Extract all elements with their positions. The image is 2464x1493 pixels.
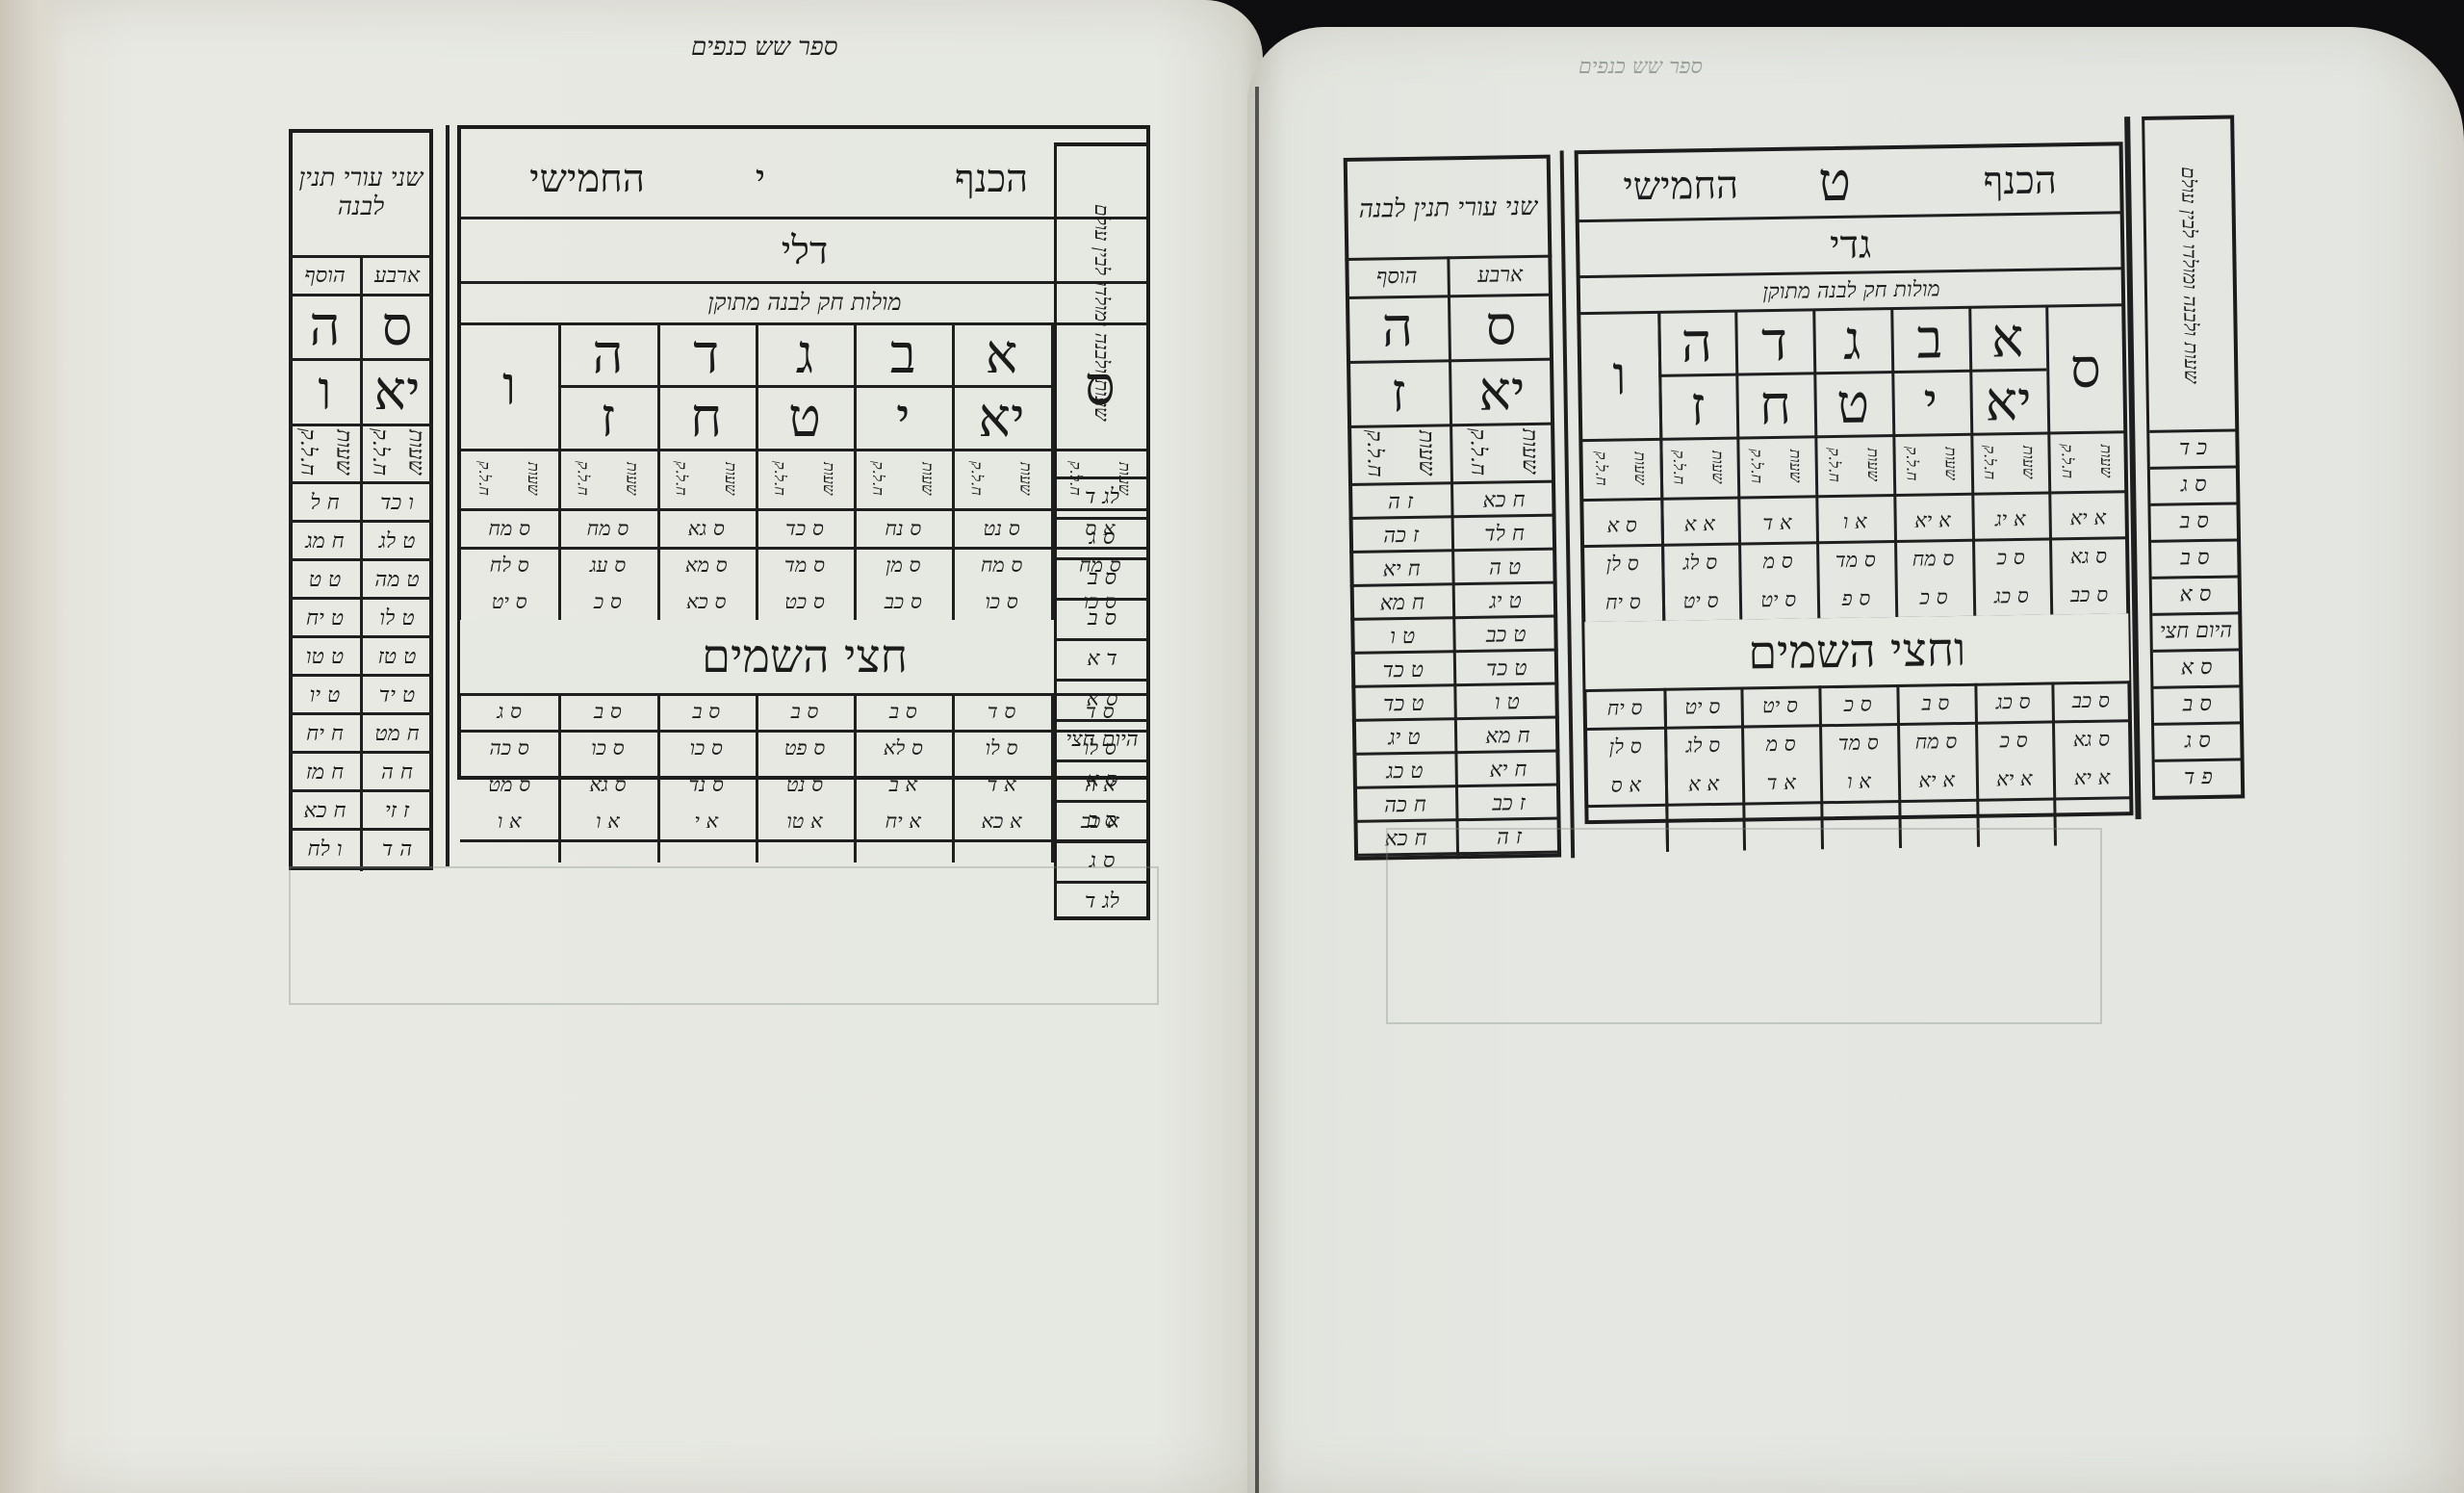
side-cell: ט טז	[361, 637, 433, 676]
table-cell: ס נח	[854, 510, 952, 547]
subtitle: מולות חק לבנה מתוקן	[460, 283, 1149, 322]
side-cell: ט לג	[361, 522, 433, 560]
weekday-letter: ט	[756, 387, 854, 449]
title-number: י	[693, 144, 828, 212]
side-cell: ח ה	[361, 753, 433, 791]
strip-cell: ס ב	[2151, 538, 2239, 576]
side-cell: ט יד	[361, 676, 433, 714]
table-cell: ס גא	[558, 766, 656, 803]
side-cell: ז זי	[361, 791, 433, 830]
weekday-letter: ג	[756, 323, 854, 385]
weekday-letter: ג	[1812, 309, 1891, 372]
table-cell: ס לג	[1661, 543, 1739, 582]
table-cell: ס לח	[460, 547, 558, 583]
table-cell: ס כד	[756, 510, 854, 547]
side-big-letter: ס	[361, 296, 433, 356]
table-cell: ס מ	[1738, 541, 1816, 580]
table-cell: ס ד	[952, 693, 1050, 730]
side-cell: ח יא	[1349, 551, 1453, 586]
table-cell: ס כט	[756, 583, 854, 620]
side-cell: ט מה	[361, 560, 433, 599]
table-cell: ס ב	[1896, 683, 1974, 723]
side-cell: ח יא	[1456, 752, 1560, 787]
table-cell: ס מח	[1897, 722, 1975, 761]
unit-header: שעותח.ל.ק	[657, 450, 756, 506]
side-cell: ח מג	[289, 522, 361, 560]
title-chamishi: החמישי	[481, 144, 693, 212]
side-cell: ח מא	[1455, 718, 1559, 754]
table-cell: א י	[657, 803, 756, 839]
strip-cell: ס ג	[2154, 721, 2242, 759]
side-big-letter: ה	[289, 296, 361, 356]
side-units: שעותח.ל.קשעותח.ל.ק	[289, 425, 433, 479]
table-cell: ס ג	[460, 693, 558, 730]
weekday-letter: י	[1891, 372, 1970, 434]
side-cell: ח כא	[1452, 482, 1556, 518]
strip-cell: לג ד	[1057, 476, 1147, 517]
strip-cell: ס ג	[1057, 517, 1147, 557]
unit-header: שעותח.ל.ק	[952, 450, 1050, 506]
section-title-chatzi-hashamayim: חצי השמים	[460, 620, 1149, 693]
weekday-letter: א	[1968, 307, 2047, 370]
side-cell: ה ד	[361, 830, 433, 868]
side-big-letter: ו	[289, 361, 361, 421]
side-cell: ו לח	[289, 830, 361, 868]
table-cell: ס נט	[756, 766, 854, 803]
show-through-left	[289, 866, 1159, 1005]
table-cell: א ד	[952, 766, 1050, 803]
table-cell: א א	[1660, 504, 1738, 544]
unit-header: שעותח.ל.ק	[1737, 437, 1816, 494]
strip-cell: ס ב	[1057, 598, 1147, 638]
unit-header: שעותח.ל.ק	[854, 450, 952, 506]
side-big-letter: ה	[1346, 296, 1450, 358]
table-cell: א ד	[1738, 502, 1816, 542]
table-cell: ס כו	[952, 583, 1050, 620]
table-cell: ס פט	[756, 730, 854, 766]
unit-header: שעותח.ל.ק	[460, 450, 558, 506]
weekday-letter: ו	[1579, 313, 1659, 439]
side-cell: ט יג	[1453, 583, 1557, 619]
side-cell: ח מט	[361, 714, 433, 753]
strip-cell: כ ד	[2149, 428, 2237, 466]
side-cell: ט ט	[289, 560, 361, 599]
strip-cell: ס ב	[1057, 557, 1147, 598]
unit-header: שעותח.ל.ק	[1970, 434, 2049, 491]
table-cell: א ו	[460, 803, 558, 839]
table-cell: א ו	[1820, 761, 1898, 801]
table-cell: ס לן	[1583, 544, 1661, 583]
strip-cell: ס א	[2152, 575, 2240, 612]
side-col-hosef: הוסף	[1345, 258, 1449, 295]
side-col-arba: ארבע	[1448, 257, 1553, 294]
side-cell: ט כד	[1351, 685, 1455, 721]
table-cell: ס ב	[854, 693, 952, 730]
side-col-hosef: הוסף	[289, 258, 361, 293]
side-cell: ט טו	[289, 637, 361, 676]
side-cell: ו כד	[361, 483, 433, 522]
table-cell: ס יט	[1661, 581, 1739, 621]
right-strip-head: שעות ולבנה ומולדו לבין עולם	[1059, 154, 1145, 472]
table-cell: ס מא	[657, 547, 756, 583]
table-cell: ס נט	[952, 510, 1050, 547]
book-gutter	[1255, 87, 1259, 1493]
side-cell: ט יח	[289, 599, 361, 637]
side-cell: ט ו	[1350, 618, 1454, 654]
section-title-chatzi-hashamayim: וחצי השמים	[1584, 613, 2129, 689]
side-cell: ז כב	[1456, 785, 1560, 821]
strip-cell: ד א	[1057, 638, 1147, 679]
title-kanaf: הכנף	[1921, 146, 2119, 213]
month-name: גדי	[1578, 213, 2123, 275]
weekday-letter: ה	[558, 323, 656, 385]
table-cell: ס מד	[1819, 723, 1897, 762]
table-cell: ס כ	[1894, 578, 1972, 617]
table-cell: א יא	[2049, 498, 2127, 537]
weekday-letter: ח	[1736, 373, 1815, 436]
side-cell: ט ו	[1455, 684, 1559, 720]
side-head: שני עורי תנין לבנה	[296, 135, 425, 250]
right-table: שני עורי תנין לבנה ארבע הוסף ס ה יא ז שע…	[1343, 101, 2249, 866]
unit-header: שעותח.ל.ק	[1659, 439, 1738, 496]
book-edge	[0, 0, 67, 1493]
side-cell: ח ל	[289, 483, 361, 522]
weekday-letter: ז	[1658, 375, 1737, 438]
strip-cell: ס א	[1057, 679, 1147, 719]
side-cell: ז ה	[1348, 483, 1452, 519]
table-cell: ס כב	[2052, 681, 2130, 720]
weekday-letter: יא	[952, 387, 1050, 449]
running-head-right: ספר שש כנפים	[1578, 54, 1703, 79]
side-cell: ט כב	[1454, 617, 1558, 653]
unit-header: שעותח.ל.ק	[756, 450, 854, 506]
side-units: שעותח.ל.קשעותח.ל.ק	[1347, 425, 1555, 481]
left-table: שני עורי תנין לבנה ארבע הוסף ס ה יא ו שע…	[289, 125, 1155, 905]
table-cell: ס ב	[558, 693, 656, 730]
side-cell: ט יו	[289, 676, 361, 714]
weekday-letter: י	[854, 387, 952, 449]
table-cell: ס לא	[854, 730, 952, 766]
table-cell: ס יח	[1584, 582, 1662, 622]
table-cell: א יא	[1893, 501, 1971, 540]
table-cell: ס כא	[657, 583, 756, 620]
title-chamishi: החמישי	[1584, 152, 1778, 219]
table-cell: ס מח	[460, 510, 558, 547]
table-cell: ס מט	[460, 766, 558, 803]
strip-cell: ס ב	[2153, 684, 2241, 722]
table-cell: ס יט	[1741, 685, 1819, 725]
table-cell: א ס	[1587, 765, 1665, 805]
table-cell: ס גא	[657, 510, 756, 547]
table-cell: ס גא	[2052, 719, 2130, 759]
show-through-right	[1386, 828, 2102, 1024]
month-name: דלי	[460, 219, 1149, 281]
table-cell: ס מן	[854, 547, 952, 583]
table-cell: ס גא	[2049, 536, 2127, 576]
unit-header: שעותח.ל.ק	[2048, 432, 2127, 489]
table-cell: ס נד	[657, 766, 756, 803]
weekday-letter: ה	[1657, 312, 1736, 374]
unit-header: שעותח.ל.ק	[1581, 440, 1660, 497]
unit-header: שעותח.ל.ק	[1892, 435, 1971, 492]
table-cell: ס כה	[460, 730, 558, 766]
weekday-letter: יא	[1969, 371, 2048, 433]
unit-header: שעותח.ל.ק	[1814, 436, 1893, 493]
table-cell: א יא	[1975, 759, 2053, 798]
side-cell: ט כד	[1351, 652, 1455, 687]
table-cell: ס כג	[1974, 682, 2052, 722]
title-number: ט	[1767, 147, 1903, 217]
table-cell: א א	[1664, 764, 1742, 804]
table-cell: ס ב	[657, 693, 756, 730]
table-cell: א ב	[854, 766, 952, 803]
weekday-letter: ו	[460, 323, 558, 449]
table-cell: ס ב	[756, 693, 854, 730]
side-cell: ט כד	[1454, 651, 1558, 686]
side-cell: ח מא	[1350, 584, 1454, 620]
weekday-letter: ז	[558, 387, 656, 449]
table-cell: ס כ	[1972, 538, 2050, 578]
side-big-letter: יא	[1450, 361, 1554, 423]
table-cell: א כא	[952, 803, 1050, 839]
side-cell: ח יח	[289, 714, 361, 753]
side-cell: ז כה	[1349, 517, 1453, 553]
table-cell: ס כו	[558, 730, 656, 766]
table-cell: ס כג	[1972, 577, 2050, 616]
weekday-letter: ס	[2045, 305, 2125, 431]
table-cell: א יא	[2053, 758, 2131, 797]
weekday-letter: ח	[657, 387, 756, 449]
side-cell: ט ה	[1453, 550, 1557, 585]
table-cell: ס יט	[1663, 687, 1741, 727]
table-cell: ס יט	[460, 583, 558, 620]
table-cell: ס יח	[1585, 688, 1663, 728]
table-cell: ס כ	[1975, 720, 2053, 759]
table-cell: ס יט	[1739, 579, 1817, 619]
table-cell: ס מ	[1741, 724, 1819, 763]
strip-cell: פ ד	[2155, 758, 2243, 795]
table-cell: ס מח	[952, 547, 1050, 583]
table-cell: א יח	[854, 803, 952, 839]
table-cell: א ו	[558, 803, 656, 839]
strip-cell: ס ג	[2150, 465, 2238, 502]
strip-cell: ס ב	[1057, 800, 1147, 840]
table-cell: ס עג	[558, 547, 656, 583]
right-strip-head: שעות ולבנה ומולדו לבין עולם	[2146, 131, 2234, 421]
table-cell: א יג	[1971, 500, 2049, 539]
table-cell: ס כ	[558, 583, 656, 620]
weekday-letter: ב	[1890, 308, 1969, 371]
weekday-letter: ד	[657, 323, 756, 385]
strip-cell: היום חצי	[2152, 611, 2240, 649]
side-big-letter: ס	[1449, 296, 1553, 357]
table-cell: א ו	[1816, 502, 1894, 541]
side-col-arba: ארבע	[361, 258, 433, 293]
running-head-left: ספר שש כנפים	[691, 33, 837, 62]
table-cell: ס כב	[2050, 575, 2128, 614]
side-cell: ח מז	[289, 753, 361, 791]
unit-header: שעותח.ל.ק	[558, 450, 656, 506]
strip-cell: ס ב	[2150, 502, 2238, 539]
strip-cell: ס א	[1057, 759, 1147, 800]
table-cell: ס מח	[558, 510, 656, 547]
side-head: שני עורי תנין לבנה	[1351, 161, 1545, 255]
side-cell: ח כא	[289, 791, 361, 830]
table-cell: ס א	[1582, 505, 1660, 545]
table-cell: ס מד	[1816, 540, 1894, 579]
table-cell: ס לג	[1664, 726, 1742, 765]
side-cell: ח כה	[1353, 786, 1457, 822]
table-cell: ס לן	[1586, 727, 1664, 766]
weekday-letter: ב	[854, 323, 952, 385]
table-cell: ס כ	[1819, 684, 1897, 724]
weekday-letter: ט	[1813, 373, 1892, 435]
weekday-letter: ד	[1735, 310, 1814, 373]
side-cell: ח לד	[1452, 516, 1556, 552]
side-cell: ט יג	[1352, 719, 1456, 755]
table-cell: ס מד	[756, 547, 854, 583]
table-cell: א טו	[756, 803, 854, 839]
side-big-letter: ז	[1347, 362, 1450, 424]
strip-cell: היום חצי	[1057, 719, 1147, 759]
side-cell: ט כג	[1352, 753, 1456, 788]
table-cell: ס פ	[1817, 579, 1895, 618]
strip-cell: ס א	[2153, 648, 2241, 685]
table-cell: ס כב	[854, 583, 952, 620]
table-cell: ס כו	[657, 730, 756, 766]
table-cell: א יא	[1897, 760, 1975, 800]
table-cell: א ד	[1742, 762, 1820, 802]
table-cell: ס לו	[952, 730, 1050, 766]
side-big-letter: יא	[361, 361, 433, 421]
table-cell: ס מח	[1894, 539, 1972, 579]
weekday-letter: א	[952, 323, 1050, 385]
side-cell: ט לו	[361, 599, 433, 637]
